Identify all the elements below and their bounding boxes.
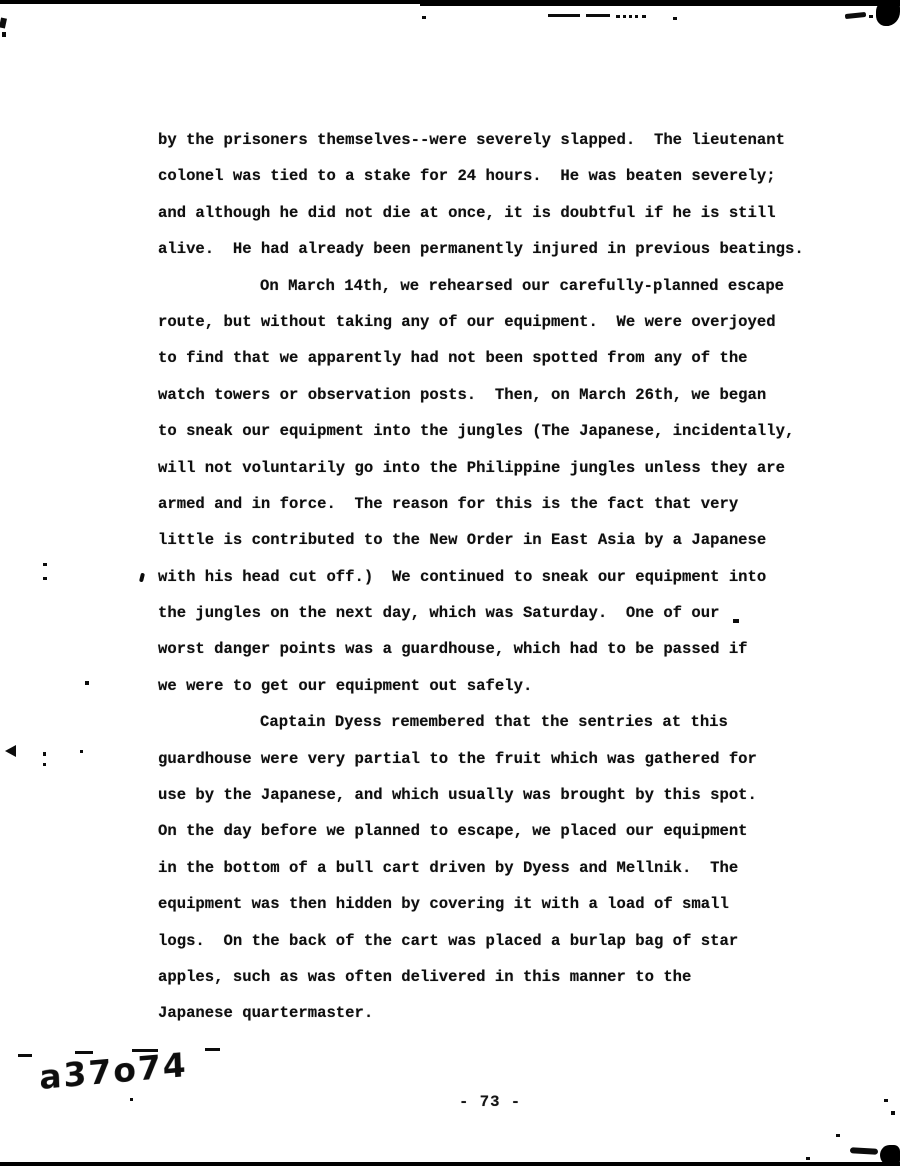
typewritten-line-10: will not voluntarily go into the Philipp… [158, 450, 823, 486]
typewritten-line-23: logs. On the back of the cart was placed… [158, 923, 823, 959]
margin-comma-mark [139, 573, 145, 583]
ink-speck [80, 750, 83, 753]
typewritten-line-24: apples, such as was often delivered in t… [158, 959, 823, 995]
scan-artifact-top-bar-right [420, 0, 900, 6]
typewritten-line-3: and although he did not die at once, it … [158, 195, 823, 231]
typewritten-line-19: use by the Japanese, and which usually w… [158, 777, 823, 813]
scan-artifact-top-right-scribble [845, 12, 866, 19]
typewritten-line-17: Captain Dyess remembered that the sentri… [158, 704, 823, 740]
ink-speck [2, 32, 6, 37]
ink-speck [422, 16, 426, 19]
typewritten-line-13: with his head cut off.) We continued to … [158, 559, 823, 595]
ink-speck [673, 17, 677, 20]
handwritten-annotation: a37o74 [39, 1045, 189, 1097]
typewritten-line-6: route, but without taking any of our equ… [158, 304, 823, 340]
ink-speck [43, 577, 47, 580]
ink-speck [891, 1111, 895, 1115]
ink-speck [43, 563, 47, 566]
ink-speck [43, 752, 46, 756]
scanned-document-page: by the prisoners themselves--were severe… [0, 0, 900, 1166]
typewritten-line-1: by the prisoners themselves--were severe… [158, 122, 823, 158]
scan-dash [205, 1048, 220, 1051]
typewritten-line-12: little is contributed to the New Order i… [158, 522, 823, 558]
scan-dotted-mark [616, 15, 646, 18]
typewritten-line-20: On the day before we planned to escape, … [158, 813, 823, 849]
scan-artifact-top-right-blob [876, 0, 900, 26]
ink-speck [130, 1098, 133, 1101]
typewritten-line-4: alive. He had already been permanently i… [158, 231, 823, 267]
typewritten-line-7: to find that we apparently had not been … [158, 340, 823, 376]
ink-speck [884, 1099, 888, 1102]
ink-speck [869, 15, 873, 18]
typewritten-line-25: Japanese quartermaster. [158, 995, 823, 1031]
typewritten-line-9: to sneak our equipment into the jungles … [158, 413, 823, 449]
ink-speck [836, 1134, 840, 1137]
page-number: - 73 - [459, 1093, 521, 1111]
ink-speck [85, 681, 89, 685]
scan-artifact-bottom-bar [0, 1162, 900, 1166]
ink-speck [733, 619, 739, 623]
scan-dash [548, 14, 580, 17]
typewritten-line-18: guardhouse were very partial to the frui… [158, 741, 823, 777]
scan-dash [18, 1054, 32, 1057]
typewritten-line-22: equipment was then hidden by covering it… [158, 886, 823, 922]
margin-arrow-mark [5, 745, 16, 757]
scan-dash [586, 14, 610, 17]
typewritten-line-11: armed and in force. The reason for this … [158, 486, 823, 522]
typewritten-line-14: the jungles on the next day, which was S… [158, 595, 823, 631]
typewritten-line-15: worst danger points was a guardhouse, wh… [158, 631, 823, 667]
typewritten-line-8: watch towers or observation posts. Then,… [158, 377, 823, 413]
scan-artifact-bottom-scribble [850, 1147, 878, 1154]
ink-speck [43, 763, 46, 766]
typewritten-line-16: we were to get our equipment out safely. [158, 668, 823, 704]
typewritten-line-5: On March 14th, we rehearsed our carefull… [158, 268, 823, 304]
ink-speck [806, 1157, 810, 1160]
scan-edge-mark [0, 17, 7, 28]
scan-artifact-bottom-right-blob [880, 1145, 900, 1166]
typewritten-line-2: colonel was tied to a stake for 24 hours… [158, 158, 823, 194]
typewritten-line-21: in the bottom of a bull cart driven by D… [158, 850, 823, 886]
text-block: by the prisoners themselves--were severe… [158, 122, 823, 1032]
